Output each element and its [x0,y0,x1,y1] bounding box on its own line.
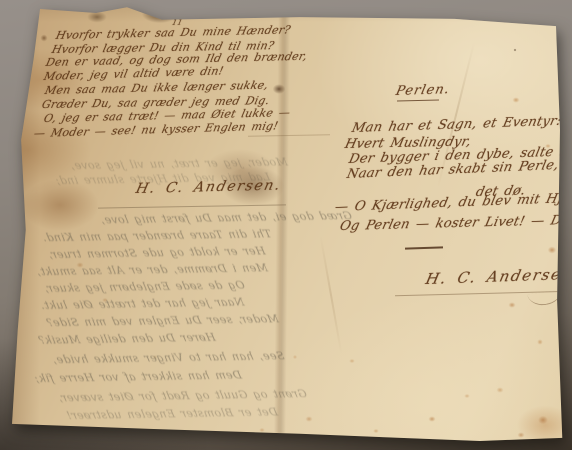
bleedthrough-line: Moder, seer Du Englen ved min Side? [45,312,280,329]
bleedthrough-line: Græd dog ei, det maa Du først mig love, [99,209,353,226]
pencil-line [98,204,286,208]
wrinkle-line [320,236,343,355]
bleedthrough-line: Her er koldt og ude Stormen truer, [47,244,267,261]
bleedthrough-line: Thi din Taare brænder paa min Kind. [41,227,273,244]
bleedthrough-line: Men i Drømme, der er Alt saa smukt, [35,261,269,278]
title-underline [397,99,439,101]
bleedthrough-line: Det er Blomster Engelen udstrøer! [65,405,279,422]
paper-surface: Moder, jeg er træt, nu vil jeg sove, Lad… [0,0,572,450]
signature-right: H. C. Andersen. [424,265,572,288]
bleedthrough-line: Hører Du den deilige Musik? [37,330,217,346]
bleedthrough-line: See, han har to Vinger smukke hvide, [51,349,286,366]
paper-sheet: Moder, jeg er træt, nu vil jeg sove, Lad… [0,0,572,450]
crease-line [248,134,330,136]
center-fold-crease [274,14,290,436]
bleedthrough-line: Og de søde Englebørn jeg skuer, [43,278,246,295]
manuscript-photograph: Moder, jeg er træt, nu vil jeg sove, Lad… [0,0,572,450]
poem-title: Perlen. [394,82,451,99]
handwritten-line: Og Perlen — koster Livet! — Død. [338,213,572,234]
divider-rule [405,246,443,249]
handwritten-line: — O Kjærlighed, du blev mit Hjerte [333,190,572,215]
bleedthrough-line: Naar jeg har det trætte Øie lukt. [39,295,246,312]
handwritten-line: Man har et Sagn, et Eventyr: [350,114,562,136]
signature-left: H. C. Andersen. [134,177,283,197]
bleedthrough-line: Grønt og Guult og Rødt for Øiet svæver, [57,387,308,404]
bleedthrough-line: Dem han sikkert af vor Herre fik; [33,368,243,385]
